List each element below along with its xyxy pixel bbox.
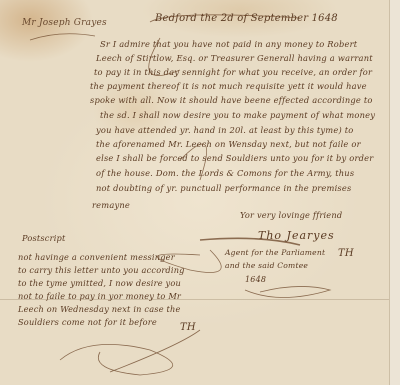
- pen-flourishes: [0, 0, 400, 385]
